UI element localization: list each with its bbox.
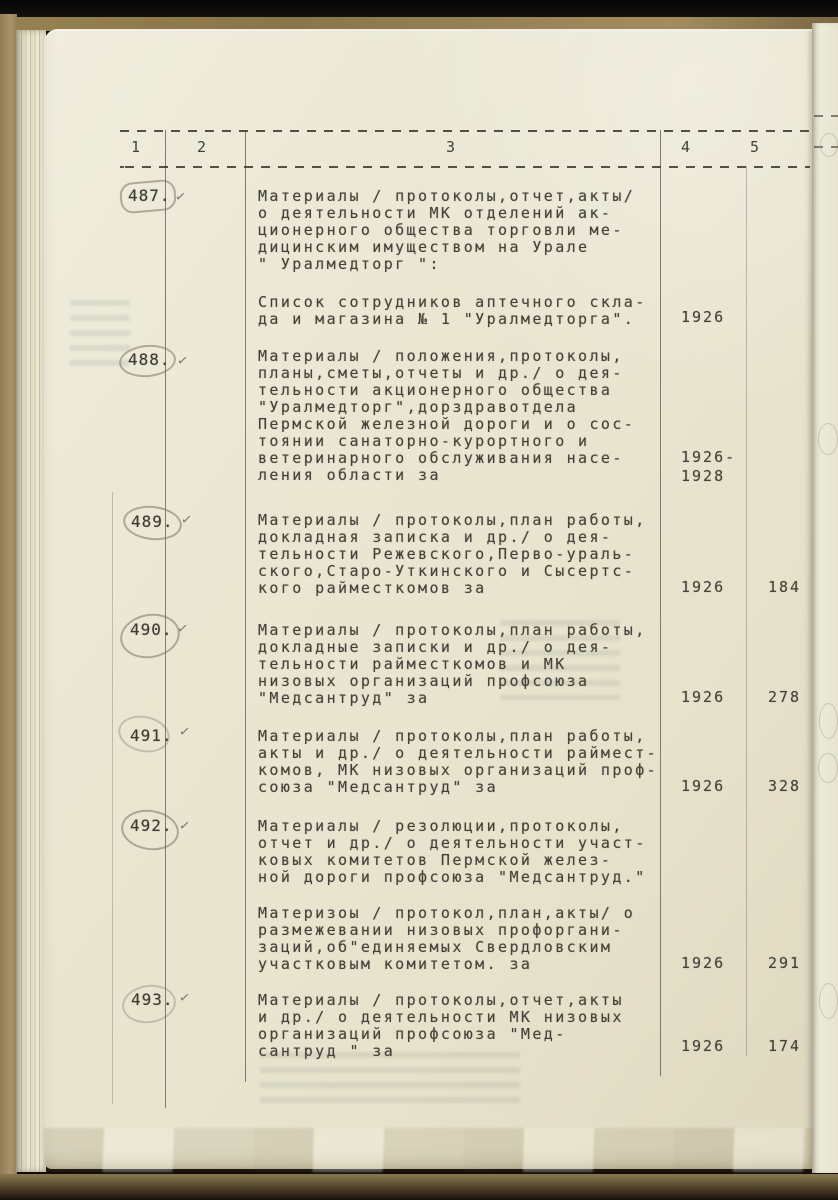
- entry-description: Материалы / положения,протоколы, планы,с…: [258, 348, 635, 484]
- scanned-archive-page: 1 2 3 4 5 487. ✓ Материалы / протоколы,о…: [0, 0, 838, 1200]
- entry-page-count: 328: [768, 777, 801, 795]
- bleed-mark: [820, 133, 838, 157]
- entry-description: Материалы / резолюции,протоколы, отчет и…: [258, 818, 647, 886]
- entry-year: 1926: [681, 1037, 725, 1056]
- header-dashed-line-bottom: [120, 166, 810, 168]
- entry-year: 1926: [681, 954, 725, 973]
- column-header-3: 3: [446, 138, 456, 156]
- entry-year: 1926: [681, 777, 725, 796]
- entry-page-count: 291: [768, 954, 801, 972]
- entry-year: 1926- 1928: [681, 448, 736, 486]
- entry-page-count: 278: [768, 688, 801, 706]
- column-line-4-5: [746, 166, 747, 1056]
- column-header-4: 4: [681, 138, 691, 156]
- column-line-3-4: [660, 130, 661, 1076]
- entry-description: Материалы / протоколы,план работы, докла…: [258, 512, 647, 597]
- entry-description: Материалы / протоколы,план работы, докла…: [258, 622, 647, 707]
- entry-description: Материалы / протоколы,отчет,акты/ о деят…: [258, 188, 635, 273]
- bleed-mark: [819, 703, 838, 739]
- entry-description: Материзоы / протокол,план,акты/ о размеж…: [258, 905, 635, 973]
- bleed-mark: [818, 423, 838, 455]
- entry-year: 1926: [681, 688, 725, 707]
- entry-description: Материалы / протоколы,отчет,акты и др./ …: [258, 992, 624, 1060]
- underlying-dashed-line: [814, 115, 838, 117]
- bleed-mark: [819, 983, 838, 1019]
- header-dashed-line-top: [120, 130, 810, 132]
- column-header-2: 2: [197, 138, 207, 156]
- entry-year: 1926: [681, 578, 725, 597]
- underlying-page: [812, 23, 838, 1173]
- book-cover-left: [0, 14, 17, 1200]
- column-line-2-3: [245, 130, 246, 1082]
- page-stack-edges: [16, 30, 46, 1172]
- column-header-5: 5: [750, 138, 760, 156]
- entry-page-count: 184: [768, 578, 801, 596]
- entry-year: 1926: [681, 308, 725, 327]
- column-header-1: 1: [131, 138, 141, 156]
- entry-description: Материалы / протоколы,план работы, акты …: [258, 728, 658, 796]
- entry-page-count: 174: [768, 1037, 801, 1055]
- book-cover-bottom: [0, 1174, 838, 1200]
- entry-description: Список сотрудников аптечного скла- да и …: [258, 294, 647, 328]
- pencil-margin-line: [112, 492, 113, 1104]
- pencil-circle: [119, 179, 177, 215]
- bleed-mark: [818, 753, 838, 783]
